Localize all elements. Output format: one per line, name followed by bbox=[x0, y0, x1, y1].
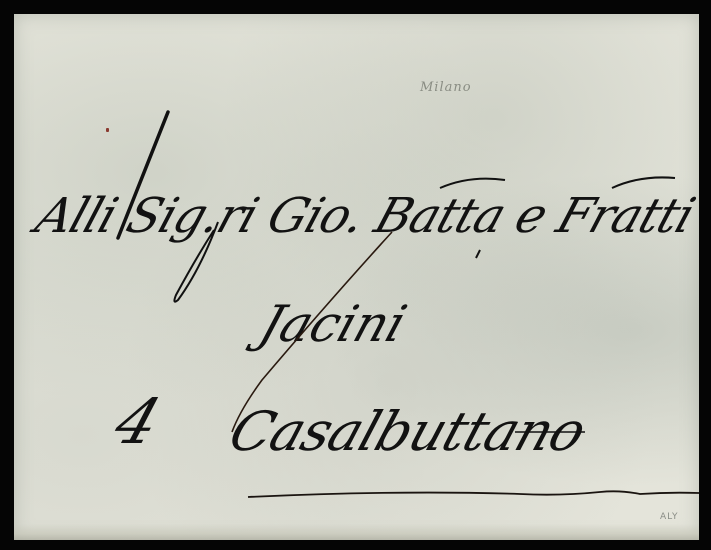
address-line-recipients: Alli Sig.ri Gio. Batta e Fratti bbox=[29, 188, 701, 244]
address-line-town: Casalbuttano bbox=[222, 400, 593, 463]
pencil-note-milano: Milano bbox=[420, 80, 472, 95]
address-line-surname: Jacini bbox=[253, 295, 414, 353]
pencil-corner-mark: ALY bbox=[660, 512, 678, 522]
ink-spot bbox=[106, 128, 109, 132]
